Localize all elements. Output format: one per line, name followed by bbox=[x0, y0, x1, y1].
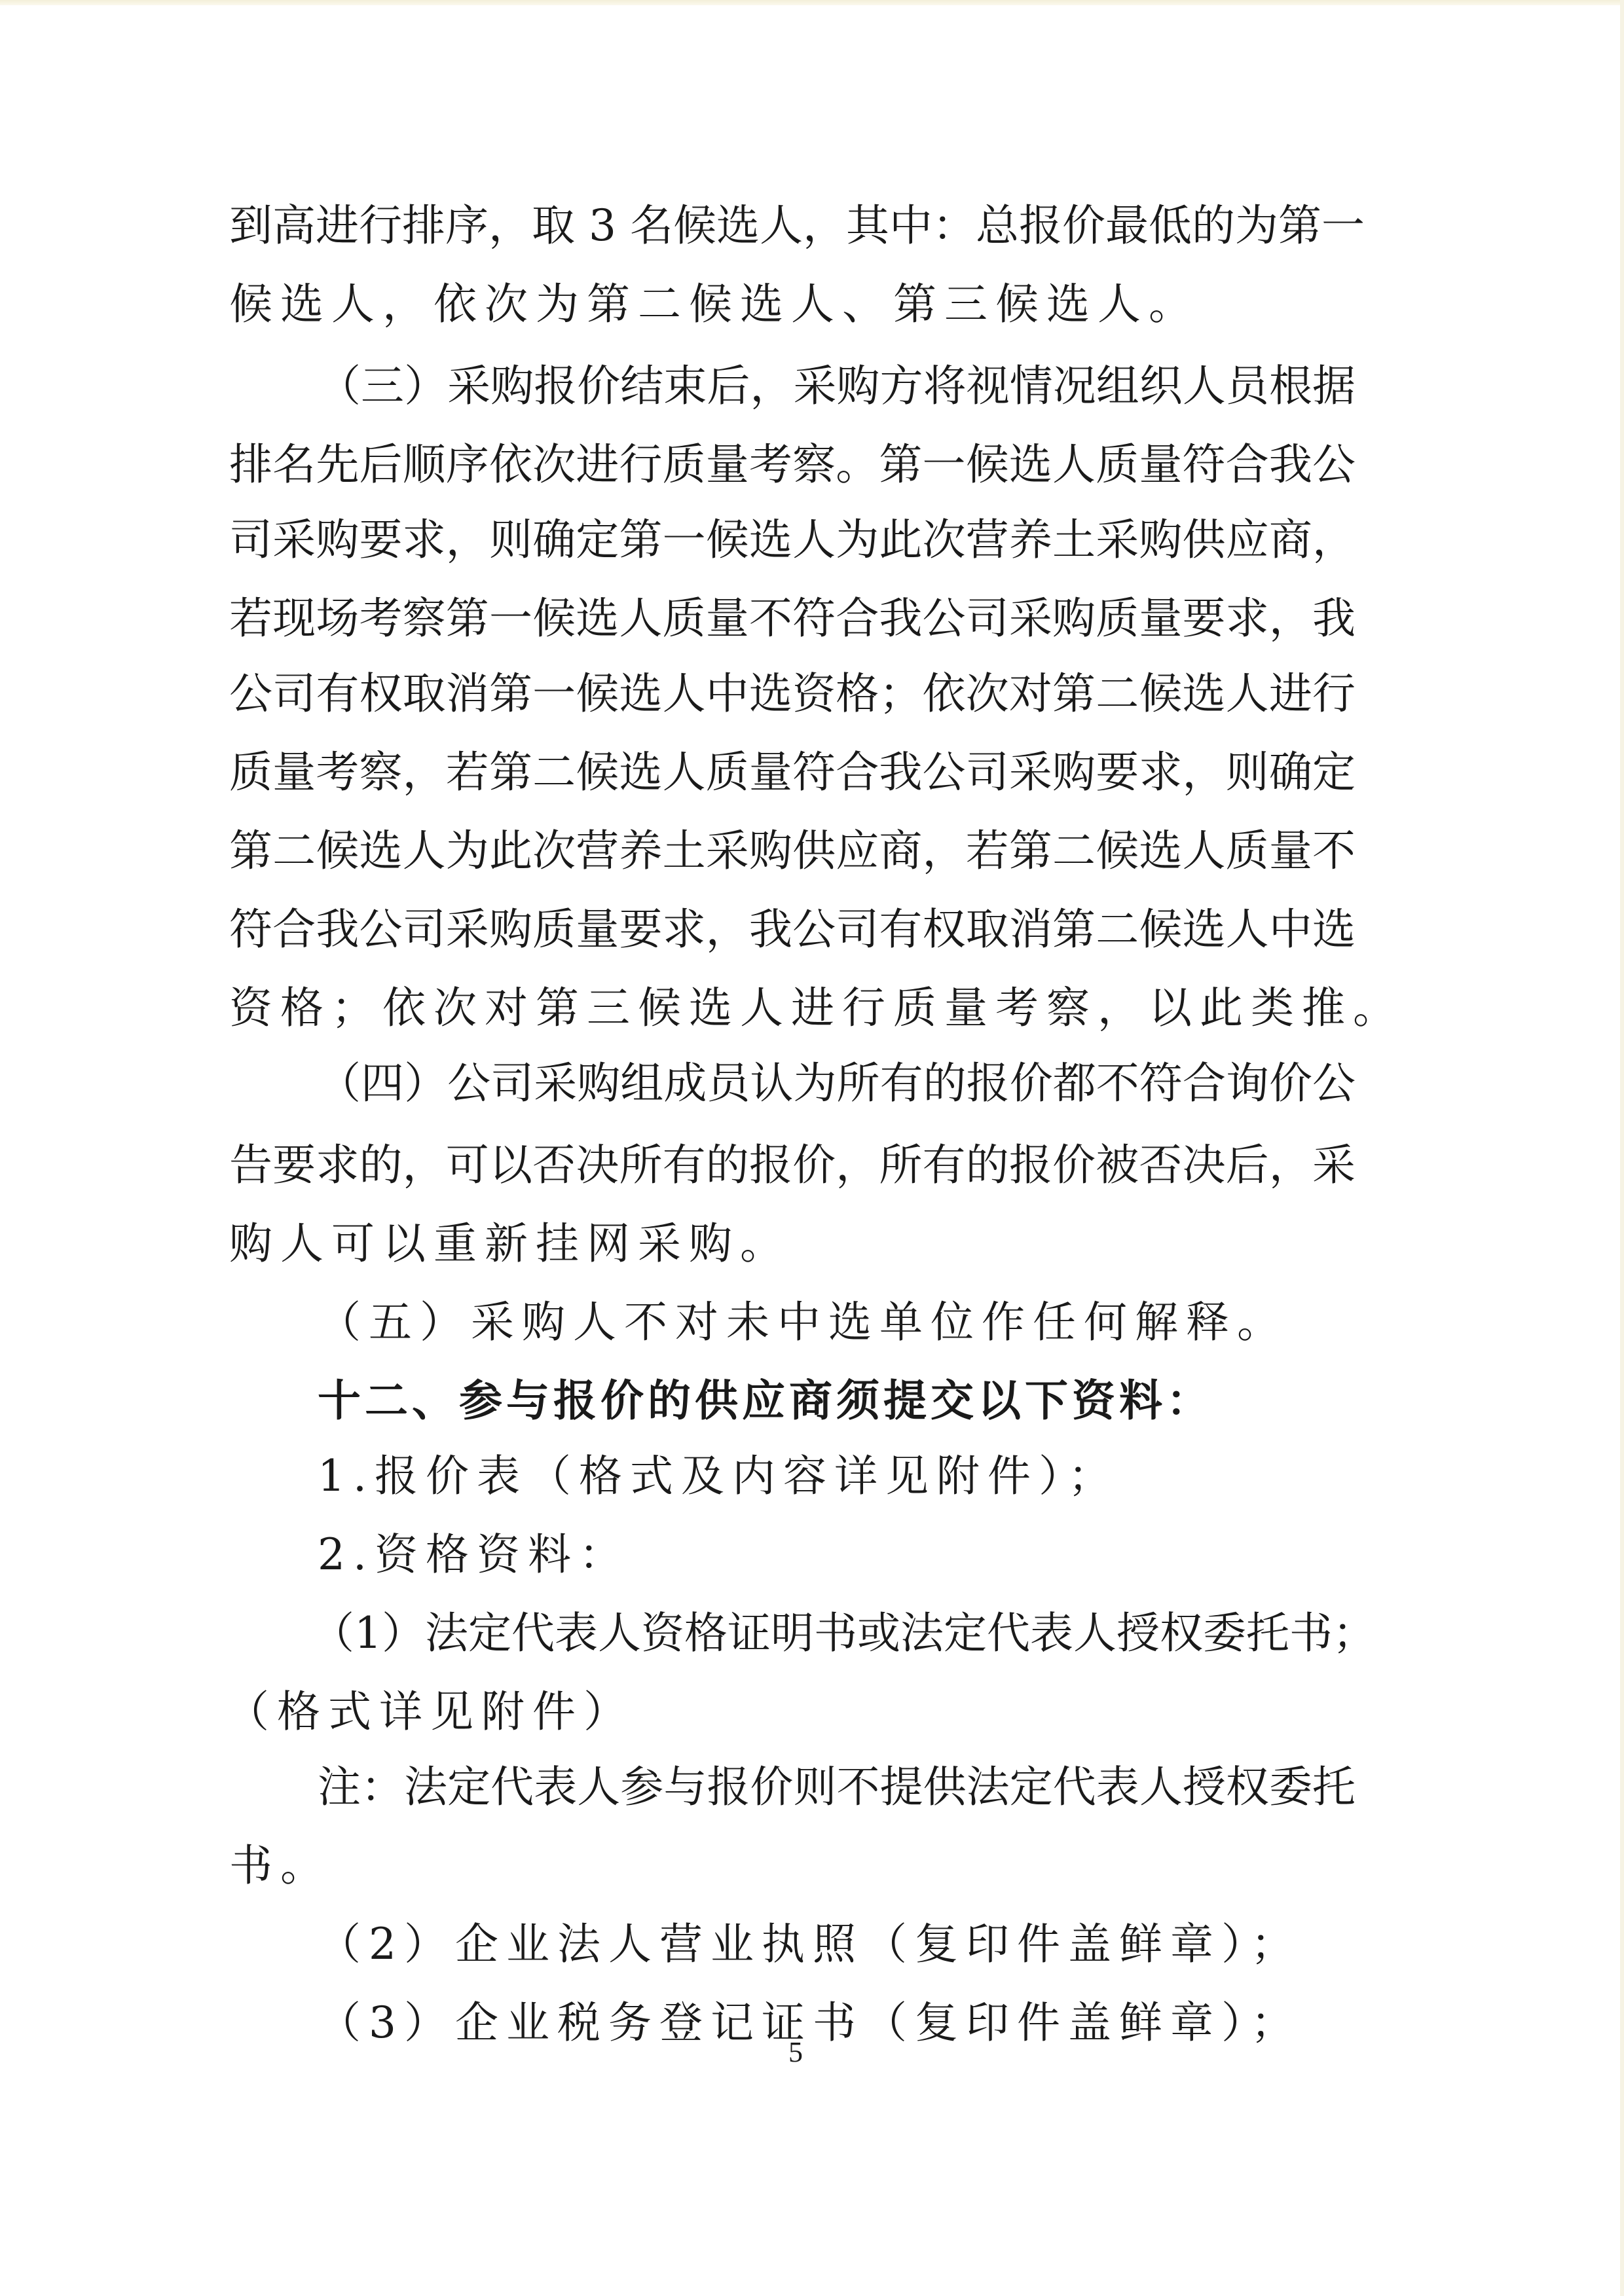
scan-top-edge bbox=[0, 0, 1624, 5]
paragraph-item-3-line: （三）采购报价结束后，采购方将视情况组织人员根据 bbox=[318, 350, 1356, 422]
scan-right-edge bbox=[1620, 0, 1624, 2296]
text-line: 候选人，依次为第二候选人、第三候选人。 bbox=[229, 268, 1356, 340]
paragraph-item-3-line: 若现场考察第一候选人质量不符合我公司采购质量要求，我 bbox=[229, 583, 1356, 655]
qualification-item-3: （3）企业税务登记证书（复印件盖鲜章）； bbox=[318, 1987, 1356, 2059]
paragraph-item-4-line: 告要求的，可以否决所有的报价，所有的报价被否决后，采 bbox=[229, 1129, 1356, 1201]
paragraph-item-3-line: 资格；依次对第三候选人进行质量考察，以此类推。 bbox=[229, 972, 1356, 1044]
qualification-item-1-line: （1）法定代表人资格证明书或法定代表人授权委托书； bbox=[311, 1597, 1359, 1669]
text-line: 到高进行排序，取 3 名候选人，其中：总报价最低的为第一 bbox=[229, 190, 1356, 262]
note-line: 注：法定代表人参与报价则不提供法定代表人授权委托 bbox=[318, 1751, 1356, 1823]
paragraph-item-3-line: 符合我公司采购质量要求，我公司有权取消第二候选人中选 bbox=[229, 894, 1356, 966]
page-number: 5 bbox=[779, 2036, 812, 2069]
paragraph-item-4-line: 购人可以重新挂网采购。 bbox=[229, 1208, 1356, 1280]
qualification-item-2: （2）企业法人营业执照（复印件盖鲜章）； bbox=[318, 1908, 1356, 1980]
paragraph-item-3-line: 第二候选人为此次营养土采购供应商，若第二候选人质量不 bbox=[229, 815, 1356, 887]
qualification-item-1-line: （格式详见附件） bbox=[226, 1676, 1352, 1748]
paragraph-item-3-line: 司采购要求，则确定第一候选人为此次营养土采购供应商， bbox=[229, 504, 1356, 576]
paragraph-item-3-line: 公司有权取消第一候选人中选资格；依次对第二候选人进行 bbox=[229, 658, 1356, 730]
list-item-quote-form: 1.报价表（格式及内容详见附件）； bbox=[318, 1440, 1356, 1512]
paragraph-item-3-line: 质量考察，若第二候选人质量符合我公司采购要求，则确定 bbox=[229, 737, 1356, 809]
section-12-heading: 十二、参与报价的供应商须提交以下资料： bbox=[318, 1365, 1356, 1437]
list-item-qualifications: 2.资格资料： bbox=[318, 1519, 1356, 1591]
note-line: 书。 bbox=[229, 1830, 1356, 1902]
paragraph-item-4-line: （四）公司采购组成员认为所有的报价都不符合询价公 bbox=[318, 1048, 1356, 1120]
paragraph-item-3-line: 排名先后顺序依次进行质量考察。第一候选人质量符合我公 bbox=[229, 429, 1356, 501]
paragraph-item-5: （五）采购人不对未中选单位作任何解释。 bbox=[318, 1286, 1356, 1358]
